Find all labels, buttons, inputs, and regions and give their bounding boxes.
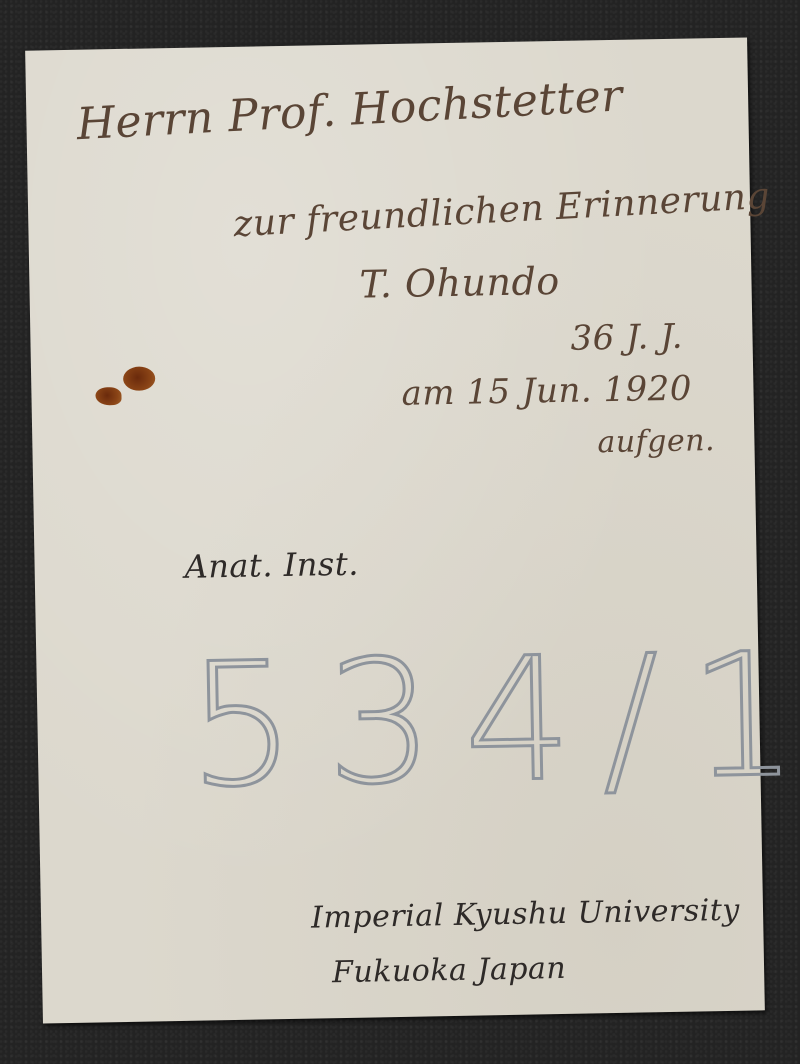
message-line: zur freundlichen Erinnerung xyxy=(232,176,771,246)
age-note: 36 J. J. xyxy=(570,317,683,359)
address-line-1: Imperial Kyushu University xyxy=(311,893,740,936)
archive-label: Anat. Inst. xyxy=(184,545,359,586)
signature: T. Ohundo xyxy=(359,259,560,307)
note-line: aufgen. xyxy=(597,423,715,460)
catalog-number: 534/1 xyxy=(186,616,800,826)
date-line: am 15 Jun. 1920 xyxy=(401,369,692,414)
document-card: Herrn Prof. Hochstetter zur freundlichen… xyxy=(25,37,765,1023)
address-line-2: Fukuoka Japan xyxy=(332,951,567,990)
stain-small xyxy=(95,387,121,405)
stain-large xyxy=(123,366,155,391)
recipient-line: Herrn Prof. Hochstetter xyxy=(75,70,624,150)
